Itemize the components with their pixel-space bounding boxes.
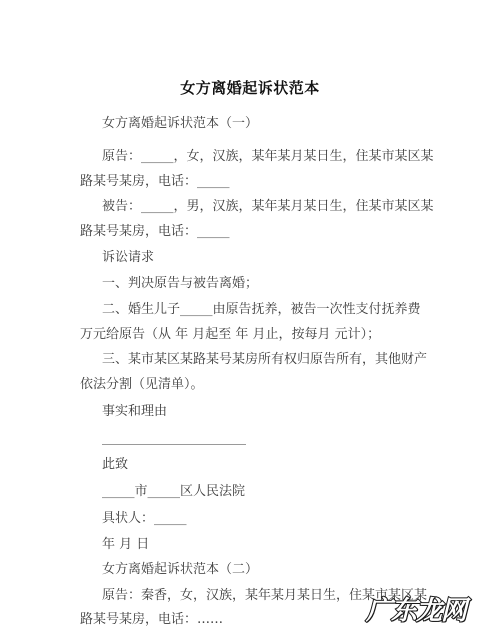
claim-2: 二、婚生儿子_____由原告抚养，被告一次性支付抚养费 [102,302,421,318]
section-heading-sample-2: 女方离婚起诉状范本（二） [102,562,258,578]
facts-heading: 事实和理由 [102,404,167,420]
facts-blank-rule [102,444,246,445]
site-watermark-logo: 广东龙网 [366,590,466,627]
claims-heading: 诉讼请求 [102,250,154,266]
claim-3-continuation: 依法分割（见清单）。 [80,377,204,393]
date-line: 年 月 日 [102,537,149,553]
signer-line: 具状人：_____ [102,511,187,527]
defendant-address-line: 路某号某房，电话：_____ [80,224,230,240]
document-title: 女方离婚起诉状范本 [0,77,500,98]
court-line: _____市_____区人民法院 [102,484,245,500]
section-heading-sample-1: 女方离婚起诉状范本（一） [102,116,258,132]
plaintiff-address-line: 路某号某房，电话：_____ [80,174,230,190]
claim-2-continuation: 万元给原告（从 年 月起至 年 月止，按每月 元计）； [80,327,380,343]
claim-3: 三、某市某区某路某号某房所有权归原告所有，其他财产 [102,352,427,368]
claim-1: 一、判决原告与被告离婚； [102,276,258,292]
defendant-line: 被告：_____，男，汉族，某年某月某日生，住某市某区某 [102,199,434,215]
plaintiff-line: 原告：_____，女，汉族，某年某月某日生，住某市某区某 [102,149,434,165]
plaintiff-address-line-sample-2: 路某号某房，电话：…… [80,612,223,628]
salutation: 此致 [102,457,128,473]
document-page: 女方离婚起诉状范本 女方离婚起诉状范本（一） 原告：_____，女，汉族，某年某… [0,0,500,637]
